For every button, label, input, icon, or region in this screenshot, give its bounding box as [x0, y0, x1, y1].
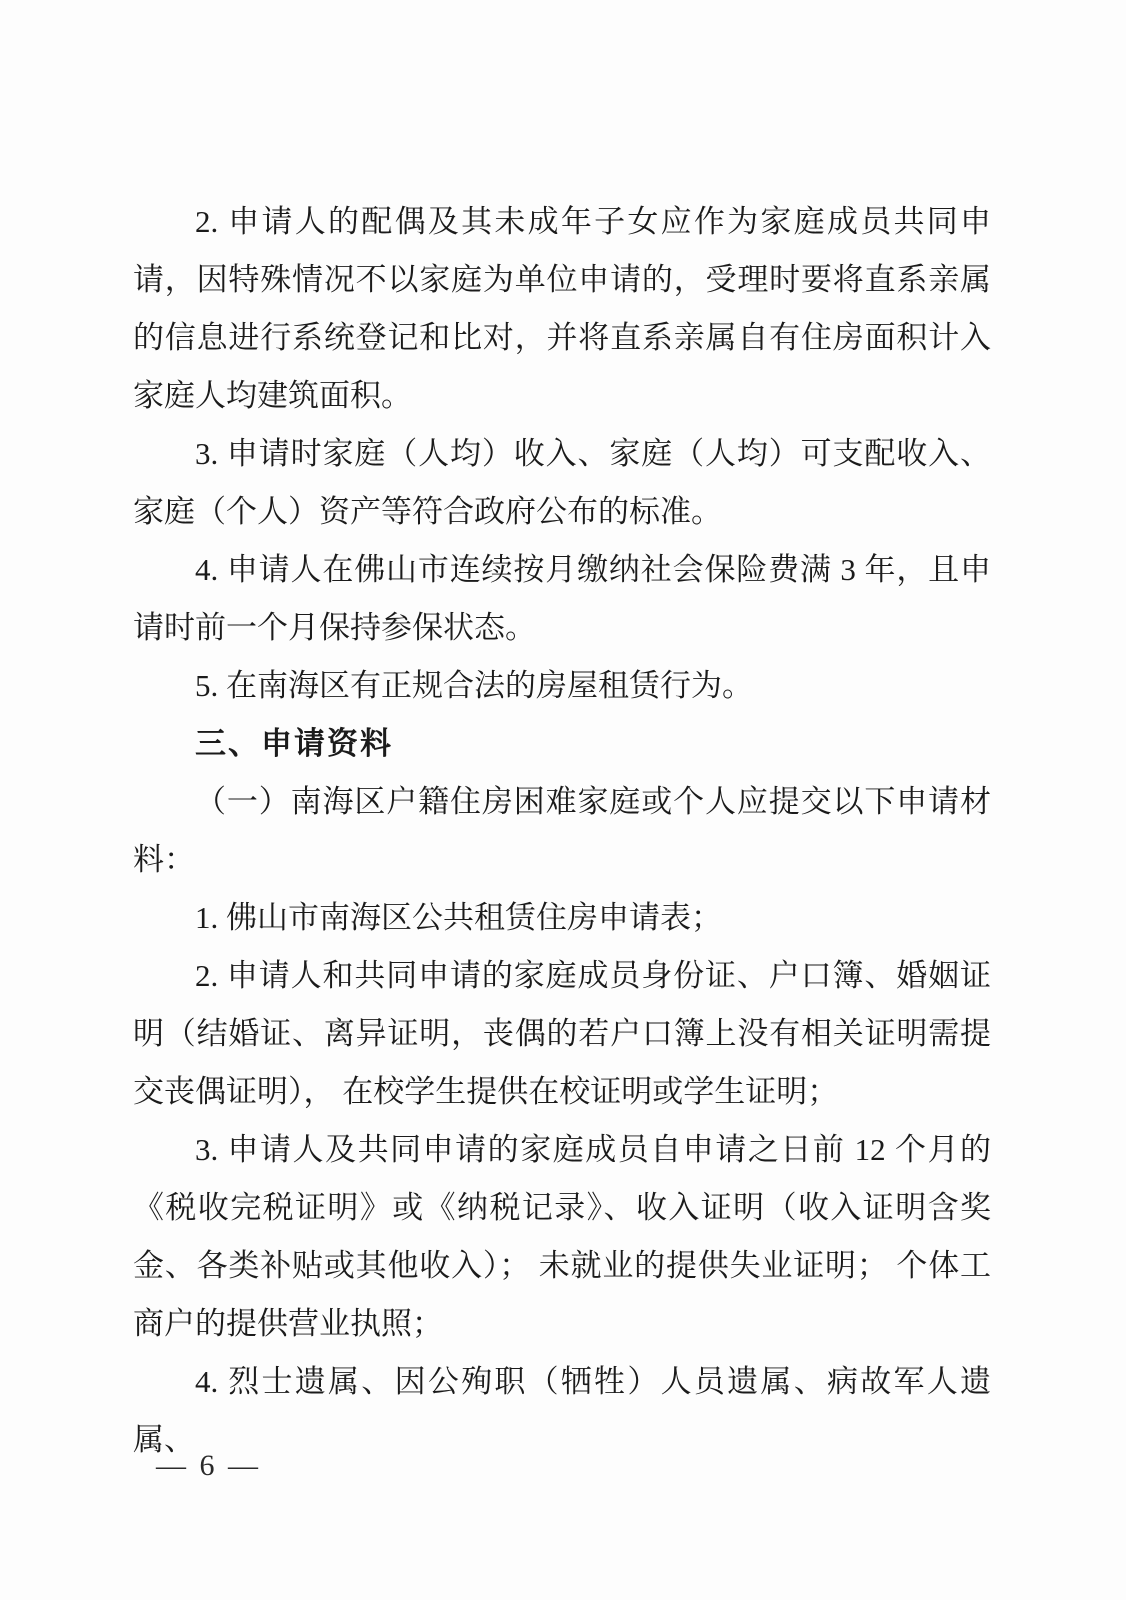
paragraph-subsection-1-household-registered: （一）南海区户籍住房困难家庭或个人应提交以下申请材料： — [133, 773, 991, 889]
paragraph-material-2-id-documents: 2. 申请人和共同申请的家庭成员身份证、户口簿、婚姻证明（结婚证、离异证明，丧偶… — [133, 947, 991, 1121]
paragraph-item-5-legal-rental: 5. 在南海区有正规合法的房屋租赁行为。 — [133, 657, 991, 715]
paragraph-item-4-social-insurance: 4. 申请人在佛山市连续按月缴纳社会保险费满 3 年，且申请时前一个月保持参保状… — [133, 541, 991, 657]
section-heading-application-materials: 三、申请资料 — [133, 715, 991, 773]
paragraph-item-3-income-standard: 3. 申请时家庭（人均）收入、家庭（人均）可支配收入、家庭（个人）资产等符合政府… — [133, 425, 991, 541]
document-body: 2. 申请人的配偶及其未成年子女应作为家庭成员共同申请，因特殊情况不以家庭为单位… — [133, 193, 991, 1469]
paragraph-material-3-tax-income-proof: 3. 申请人及共同申请的家庭成员自申请之日前 12 个月的《税收完税证明》或《纳… — [133, 1121, 991, 1353]
paragraph-item-2-spouse-family: 2. 申请人的配偶及其未成年子女应作为家庭成员共同申请，因特殊情况不以家庭为单位… — [133, 193, 991, 425]
document-page: 2. 申请人的配偶及其未成年子女应作为家庭成员共同申请，因特殊情况不以家庭为单位… — [0, 0, 1126, 1600]
paragraph-material-1-application-form: 1. 佛山市南海区公共租赁住房申请表； — [133, 889, 991, 947]
page-number: — 6 — — [156, 1446, 261, 1486]
paragraph-material-4-martyr-dependents: 4. 烈士遗属、因公殉职（牺牲）人员遗属、病故军人遗属、 — [133, 1353, 991, 1469]
